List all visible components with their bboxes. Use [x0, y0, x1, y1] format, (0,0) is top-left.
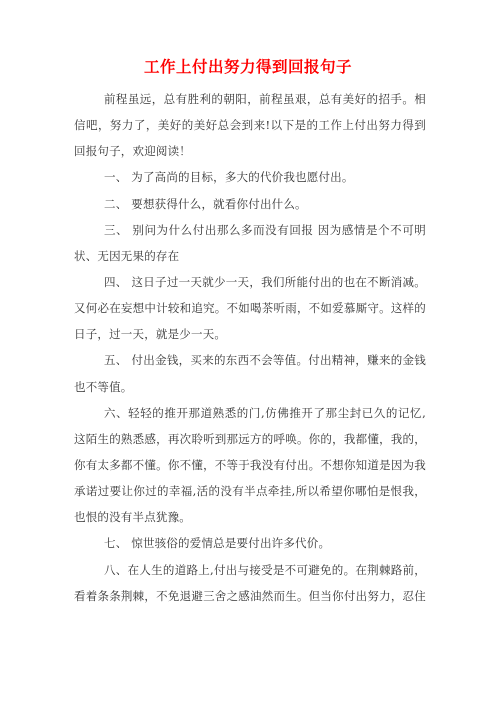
text-line: 前程虽远，总有胜利的朝阳，前程虽艰，总有美好的招手。相 — [74, 86, 426, 112]
text-line: 六、轻轻的推开那道熟悉的门,仿佛推开了那尘封已久的记忆, — [74, 400, 426, 426]
text-line: 五、 付出金钱，买来的东西不会等值。付出精神，赚来的金钱 — [74, 347, 426, 373]
paragraph: 六、轻轻的推开那道熟悉的门,仿佛推开了那尘封已久的记忆,这陌生的熟悉感，再次聆听… — [74, 400, 426, 531]
text-line: 也不等值。 — [74, 374, 426, 400]
paragraph: 二、 要想获得什么，就看你付出什么。 — [74, 191, 426, 217]
text-line: 八、在人生的道路上,付出与接受是不可避免的。在荆棘路前， — [74, 557, 426, 583]
paragraph: 一、 为了高尚的目标，多大的代价我也愿付出。 — [74, 164, 426, 190]
document-page: 工作上付出努力得到回报句子 前程虽远，总有胜利的朝阳，前程虽艰，总有美好的招手。… — [0, 0, 496, 702]
document-body: 前程虽远，总有胜利的朝阳，前程虽艰，总有美好的招手。相信吧，努力了，美好的美好总… — [74, 86, 426, 609]
text-line: 又何必在妄想中计较和追究。不如喝茶听雨，不如爱慕厮守。这样的 — [74, 295, 426, 321]
text-line: 回报句子，欢迎阅读！ — [74, 138, 426, 164]
text-line: 四、 这日子过一天就少一天，我们所能付出的也在不断消减。 — [74, 269, 426, 295]
text-line: 这陌生的熟悉感，再次聆听到那远方的呼唤。你的，我都懂，我的， — [74, 426, 426, 452]
paragraph: 三、 别问为什么付出那么多而没有回报 因为感情是个不可明状、无因无果的存在 — [74, 217, 426, 269]
paragraph: 七、 惊世骇俗的爱情总是要付出许多代价。 — [74, 530, 426, 556]
text-line: 信吧，努力了，美好的美好总会到来!以下是的工作上付出努力得到 — [74, 112, 426, 138]
paragraph: 八、在人生的道路上,付出与接受是不可避免的。在荆棘路前，看着条条荆棘，不免退避三… — [74, 557, 426, 609]
text-line: 也恨的没有半点犹豫。 — [74, 504, 426, 530]
text-line: 日子，过一天，就是少一天。 — [74, 321, 426, 347]
text-line: 承诺过要让你过的幸福,活的没有半点牵挂,所以希望你哪怕是恨我， — [74, 478, 426, 504]
paragraph: 前程虽远，总有胜利的朝阳，前程虽艰，总有美好的招手。相信吧，努力了，美好的美好总… — [74, 86, 426, 164]
text-line: 状、无因无果的存在 — [74, 243, 426, 269]
text-line: 你有太多都不懂。你不懂，不等于我没有付出。不想你知道是因为我 — [74, 452, 426, 478]
document-title: 工作上付出努力得到回报句子 — [0, 57, 496, 77]
text-line: 二、 要想获得什么，就看你付出什么。 — [74, 191, 426, 217]
text-line: 七、 惊世骇俗的爱情总是要付出许多代价。 — [74, 530, 426, 556]
text-line: 一、 为了高尚的目标，多大的代价我也愿付出。 — [74, 164, 426, 190]
text-line: 看着条条荆棘，不免退避三舍之感油然而生。但当你付出努力，忍住 — [74, 583, 426, 609]
text-line: 三、 别问为什么付出那么多而没有回报 因为感情是个不可明 — [74, 217, 426, 243]
paragraph: 五、 付出金钱，买来的东西不会等值。付出精神，赚来的金钱也不等值。 — [74, 347, 426, 399]
paragraph: 四、 这日子过一天就少一天，我们所能付出的也在不断消减。又何必在妄想中计较和追究… — [74, 269, 426, 347]
